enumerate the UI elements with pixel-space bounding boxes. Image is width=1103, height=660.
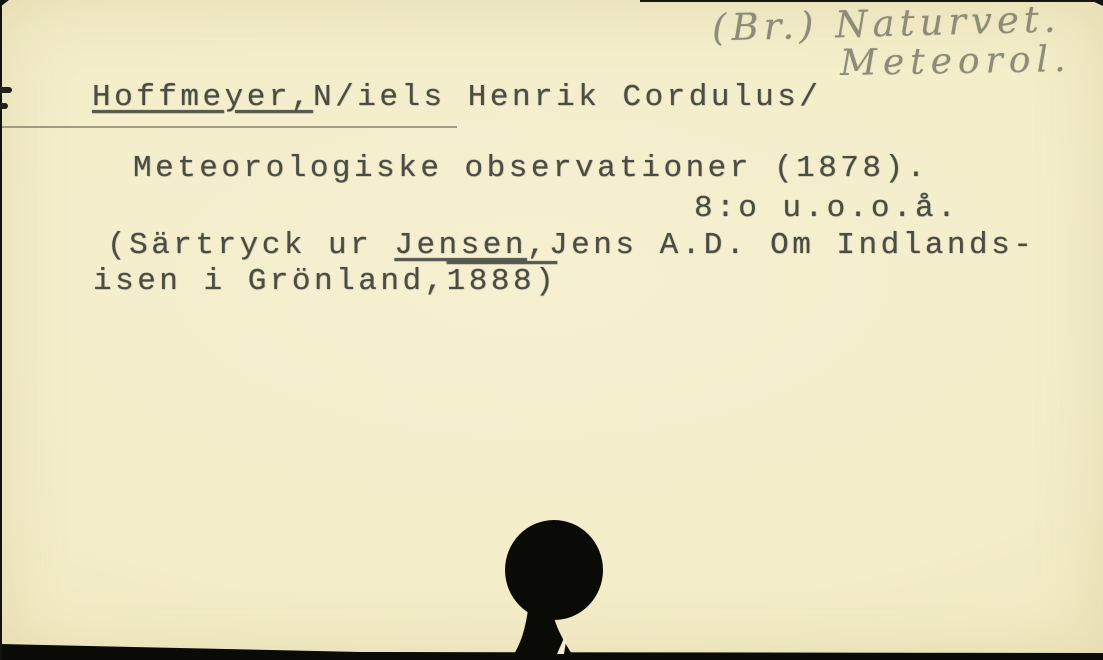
scan-artifact	[0, 103, 8, 109]
scan-top-edge	[640, 0, 1103, 2]
punch-hole	[505, 520, 603, 620]
scan-artifact	[0, 87, 12, 93]
scan-left-edge	[0, 0, 2, 660]
catalog-card: (Br.) Naturvet. Meteorol. Hoffmeyer,N/ie…	[0, 0, 1103, 660]
punch-hole-and-bottom-edge	[0, 0, 1103, 660]
